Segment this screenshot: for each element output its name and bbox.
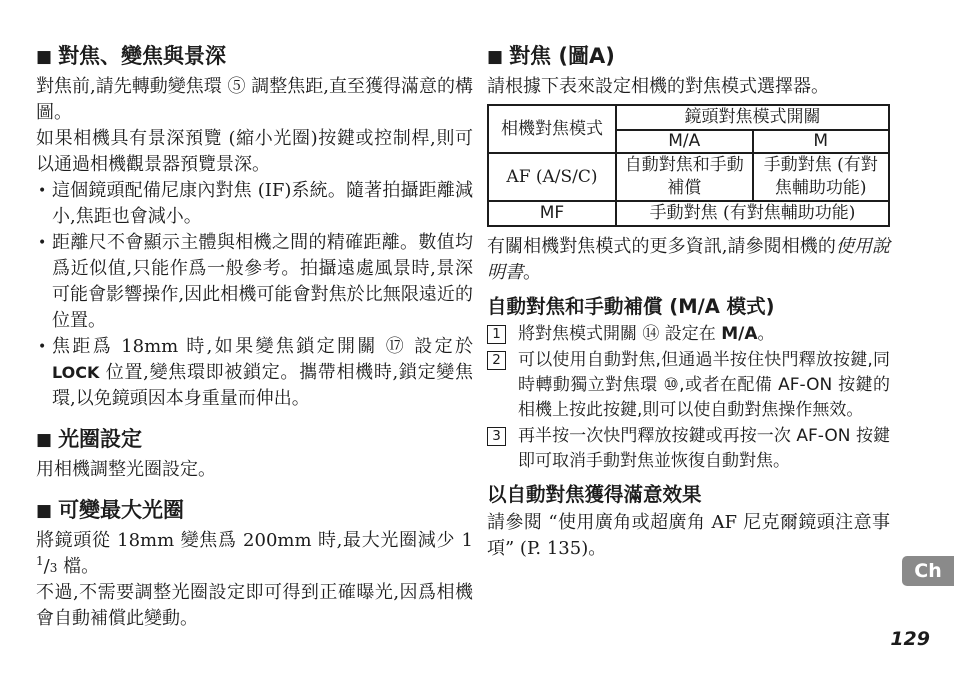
section-square-icon: ■ bbox=[36, 47, 52, 67]
step-item: 1將對焦模式開關 ⑭ 設定在 M/A。 bbox=[487, 322, 890, 347]
fraction-numerator: 1 bbox=[36, 554, 44, 568]
circled-ref-17: ⑰ bbox=[386, 336, 406, 357]
page-number: 129 bbox=[890, 628, 930, 650]
paragraph-text: 。 bbox=[523, 262, 541, 283]
paragraph-text: 對焦前,請先轉動變焦環 bbox=[36, 76, 228, 97]
table-header-row: 相機對焦模式 鏡頭對焦模式開關 bbox=[488, 105, 889, 130]
section-square-icon: ■ bbox=[36, 430, 52, 450]
step-item: 2可以使用自動對焦,但通過半按住快門釋放按鍵,同時轉動獨立對焦環 ⑩,或者在配備… bbox=[487, 348, 890, 423]
step-number-box: 1 bbox=[487, 325, 506, 344]
step-item: 3再半按一次快門釋放按鍵或再按一次 AF-ON 按鍵即可取消手動對焦並恢復自動對… bbox=[487, 424, 890, 474]
bullet-text: 位置,變焦環即被鎖定。攜帶相機時,鎖定變焦環,以免鏡頭因本身重量而伸出。 bbox=[52, 362, 473, 409]
paragraph: 請根據下表來設定相機的對焦模式選擇器。 bbox=[487, 74, 890, 100]
bullet-icon: • bbox=[38, 334, 46, 360]
step-text: 。 bbox=[758, 324, 775, 344]
section-heading-variable-aperture: ■可變最大光圈 bbox=[36, 498, 473, 525]
table-subheader-ma: M/A bbox=[616, 130, 753, 153]
circled-ref-14: ⑭ bbox=[642, 324, 659, 344]
subheading-ma-mode: 自動對焦和手動補償 (M/A 模式) bbox=[487, 295, 890, 319]
lock-label: LOCK bbox=[52, 363, 99, 382]
step-number-box: 3 bbox=[487, 427, 506, 446]
right-column: ■對焦 (圖A) 請根據下表來設定相機的對焦模式選擇器。 相機對焦模式 鏡頭對焦… bbox=[487, 44, 890, 562]
left-column: ■對焦、變焦與景深 對焦前,請先轉動變焦環 ⑤ 調整焦距,直至獲得滿意的構圖。 … bbox=[36, 44, 473, 632]
bullet-icon: • bbox=[38, 178, 46, 204]
circled-ref-10: ⑩ bbox=[663, 375, 679, 395]
circled-ref-5: ⑤ bbox=[228, 76, 246, 97]
manual-page: ■對焦、變焦與景深 對焦前,請先轉動變焦環 ⑤ 調整焦距,直至獲得滿意的構圖。 … bbox=[0, 0, 954, 677]
paragraph-text: 將鏡頭從 18mm 變焦爲 200mm 時,最大光圈減少 1 bbox=[36, 530, 473, 551]
bullet-item: •距離尺不會顯示主體與相機之間的精確距離。數值均爲近似值,只能作爲一般參考。拍攝… bbox=[36, 230, 473, 334]
bullet-text: 設定於 bbox=[406, 336, 473, 357]
bullet-item: •焦距爲 18mm 時,如果變焦鎖定開關 ⑰ 設定於 LOCK 位置,變焦環即被… bbox=[36, 334, 473, 412]
section-heading-text: 對焦、變焦與景深 bbox=[58, 44, 226, 68]
table-header-camera-mode: 相機對焦模式 bbox=[488, 105, 616, 153]
section-square-icon: ■ bbox=[36, 501, 52, 521]
step-text: 再半按一次快門釋放按鍵或再按一次 AF-ON 按鍵即可取消手動對焦並恢復自動對焦… bbox=[518, 426, 890, 471]
table-cell-af-m: 手動對焦 (有對焦輔助功能) bbox=[753, 153, 890, 201]
table-header-lens-switch: 鏡頭對焦模式開關 bbox=[616, 105, 889, 130]
paragraph: 請參閱 “使用廣角或超廣角 AF 尼克爾鏡頭注意事項” (P. 135)。 bbox=[487, 510, 890, 562]
step-number-box: 2 bbox=[487, 351, 506, 370]
paragraph: 如果相機具有景深預覽 (縮小光圈)按鍵或控制桿,則可以通過相機觀景器預覽景深。 bbox=[36, 126, 473, 178]
step-text: 設定在 bbox=[659, 324, 721, 344]
bullet-item: •這個鏡頭配備尼康內對焦 (IF)系統。隨著拍攝距離減小,焦距也會減小。 bbox=[36, 178, 473, 230]
bullet-text: 距離尺不會顯示主體與相機之間的精確距離。數值均爲近似值,只能作爲一般參考。拍攝遠… bbox=[52, 232, 473, 331]
table-cell-af-ma: 自動對焦和手動補償 bbox=[616, 153, 753, 201]
paragraph: 對焦前,請先轉動變焦環 ⑤ 調整焦距,直至獲得滿意的構圖。 bbox=[36, 74, 473, 126]
table-cell-af: AF (A/S/C) bbox=[488, 153, 616, 201]
paragraph-text: 有關相機對焦模式的更多資訊,請參閱相機的 bbox=[487, 236, 836, 257]
step-text: 將對焦模式開關 bbox=[518, 324, 642, 344]
section-heading-focus-zoom-dof: ■對焦、變焦與景深 bbox=[36, 44, 473, 71]
section-heading-text: 光圈設定 bbox=[58, 427, 142, 451]
table-subheader-m: M bbox=[753, 130, 890, 153]
table-row-af: AF (A/S/C) 自動對焦和手動補償 手動對焦 (有對焦輔助功能) bbox=[488, 153, 889, 201]
section-heading-text: 可變最大光圈 bbox=[58, 498, 184, 522]
paragraph: 用相機調整光圈設定。 bbox=[36, 457, 473, 483]
section-heading-text: 對焦 (圖A) bbox=[509, 44, 615, 68]
bullet-text: 焦距爲 18mm 時,如果變焦鎖定開關 bbox=[52, 336, 386, 357]
focus-mode-table: 相機對焦模式 鏡頭對焦模式開關 M/A M AF (A/S/C) 自動對焦和手動… bbox=[487, 104, 890, 227]
section-heading-focusing: ■對焦 (圖A) bbox=[487, 44, 890, 71]
paragraph-text: 檔。 bbox=[57, 556, 99, 577]
table-cell-mf: MF bbox=[488, 201, 616, 226]
bullet-text: 這個鏡頭配備尼康內對焦 (IF)系統。隨著拍攝距離減小,焦距也會減小。 bbox=[52, 180, 473, 227]
table-row-mf: MF 手動對焦 (有對焦輔助功能) bbox=[488, 201, 889, 226]
ma-label: M/A bbox=[721, 324, 757, 344]
table-cell-mf-both: 手動對焦 (有對焦輔助功能) bbox=[616, 201, 889, 226]
section-heading-aperture: ■光圈設定 bbox=[36, 427, 473, 454]
subheading-good-results: 以自動對焦獲得滿意效果 bbox=[487, 483, 890, 507]
paragraph: 有關相機對焦模式的更多資訊,請參閱相機的使用說明書。 bbox=[487, 234, 890, 286]
section-square-icon: ■ bbox=[487, 47, 503, 67]
bullet-icon: • bbox=[38, 230, 46, 256]
language-badge: Ch bbox=[902, 556, 954, 586]
paragraph: 將鏡頭從 18mm 變焦爲 200mm 時,最大光圈減少 1 1/3 檔。 bbox=[36, 528, 473, 580]
paragraph: 不過,不需要調整光圈設定即可得到正確曝光,因爲相機會自動補償此變動。 bbox=[36, 580, 473, 632]
